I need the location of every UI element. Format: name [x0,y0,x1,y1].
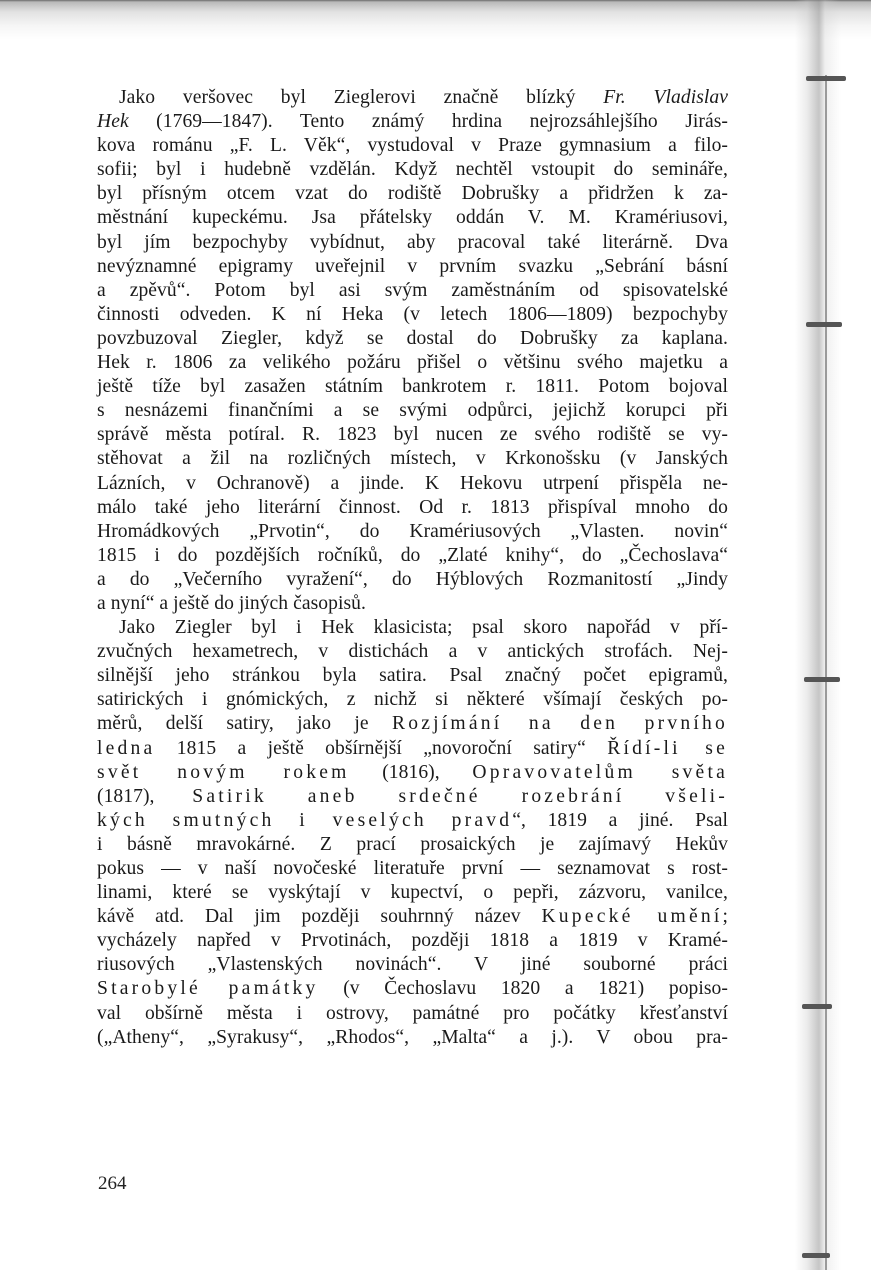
text-line: 1815 i do pozdějších ročníků, do „Zlaté … [97,544,728,568]
text-line: riusových „Vlastenských novinách“. V jin… [97,953,728,977]
text-line: i básně mravokárné. Z prací prosaických … [97,833,728,857]
text-line: byl přísným otcem vzat do rodiště Dobruš… [97,182,728,206]
binding-stitch-icon [802,1004,832,1009]
text-line: linami, které se vyskýtají v kupectví, o… [97,881,728,905]
spaced-title: Satirik aneb srdečné rozebrání všeli- [192,786,728,807]
text-line: činnosti odveden. K ní Heka (v letech 18… [97,303,728,327]
spaced-title: svět novým rokem [97,762,350,783]
paragraph-2: Jako Ziegler byl i Hek klasicista; psal … [97,616,728,1050]
binding-stitch-icon [806,76,846,81]
text-line: správě města potíral. R. 1823 byl nucen … [97,423,728,447]
text-line: nevýznamné epigramy uveřejnil v prvním s… [97,255,728,279]
text-line: povzbuzoval Ziegler, když se dostal do D… [97,327,728,351]
text-line: svět novým rokem (1816), Opravovatelům s… [97,761,728,785]
text-line: a do „Večerního vyražení“, do Hýblových … [97,568,728,592]
spaced-title: Opravovatelům světa [472,762,728,783]
text-line: a nyní“ a ještě do jiných časopisů. [97,592,728,616]
spaced-title: Řídí-li se [607,738,728,759]
text-line: městnání kupeckému. Jsa přátelsky oddán … [97,206,728,230]
text-line: silnější jeho stránkou byla satira. Psal… [97,664,728,688]
text-line: satirických i gnómických, z nichž si něk… [97,688,728,712]
spaced-title: Rozjímání na den prvního [392,713,728,734]
text-line: málo také jeho literární činnost. Od r. … [97,496,728,520]
binding-stitch-icon [806,322,842,327]
text-line: byl jím bezpochyby vybídnut, aby pracova… [97,231,728,255]
spaced-title: kých smutných i veselých pravd [97,810,512,831]
text-line: sofii; byl i hudebně vzdělán. Když necht… [97,158,728,182]
text-line: Hromádkových „Prvotin“, do Kramériusovýc… [97,520,728,544]
text-line: pokus — v naší novočeské literatuře prvn… [97,857,728,881]
text-line: ledna 1815 a ještě obšírnější „novoroční… [97,737,728,761]
text-line: Starobylé památky (v Čechoslavu 1820 a 1… [97,977,728,1001]
page-body: Jako veršovec byl Zieglerovi značně blíz… [97,86,728,1050]
text-line: kávě atd. Dal jim později souhrnný název… [97,905,728,929]
binding-thread [825,75,827,1270]
spaced-title: Starobylé památky [97,978,319,999]
text-line: Jako Ziegler byl i Hek klasicista; psal … [97,616,728,640]
text-line: Hek (1769—1847). Tento známý hrdina nejr… [97,110,728,134]
spaced-title: Kupecké umění [541,906,722,927]
binding-stitch-icon [804,677,840,682]
text-line: Lázních, v Ochranově) a jinde. K Hekovu … [97,472,728,496]
binding-stitch-icon [802,1253,830,1258]
text-line: vycházely napřed v Prvotinách, později 1… [97,929,728,953]
spaced-title: ledna [97,738,155,759]
text-line: Jako veršovec byl Zieglerovi značně blíz… [97,86,728,110]
text-line: měrů, delší satiry, jako je Rozjímání na… [97,712,728,736]
text-line: kova románu „F. L. Věk“, vystudoval v Pr… [97,134,728,158]
paragraph-1: Jako veršovec byl Zieglerovi značně blíz… [97,86,728,616]
text-line: zvučných hexametrech, v distichách a v a… [97,640,728,664]
text-line: stěhovat a žil na rozličných místech, v … [97,447,728,471]
text-line: (1817), Satirik aneb srdečné rozebrání v… [97,785,728,809]
text-line: ještě tíže byl zasažen státním bankrotem… [97,375,728,399]
page-number: 264 [98,1172,127,1196]
text-line: Hek r. 1806 za velikého požáru přišel o … [97,351,728,375]
text-line: a zpěvů“. Potom byl asi svým zaměstnáním… [97,279,728,303]
scan-top-edge-shadow [0,0,871,40]
text-line: kých smutných i veselých pravd“, 1819 a … [97,809,728,833]
text-line: val obšírně města i ostrovy, památné pro… [97,1002,728,1026]
text-line: s nesnázemi finančními a se svými odpůrc… [97,399,728,423]
text-line: („Atheny“, „Syrakusy“, „Rhodos“, „Malta“… [97,1026,728,1050]
